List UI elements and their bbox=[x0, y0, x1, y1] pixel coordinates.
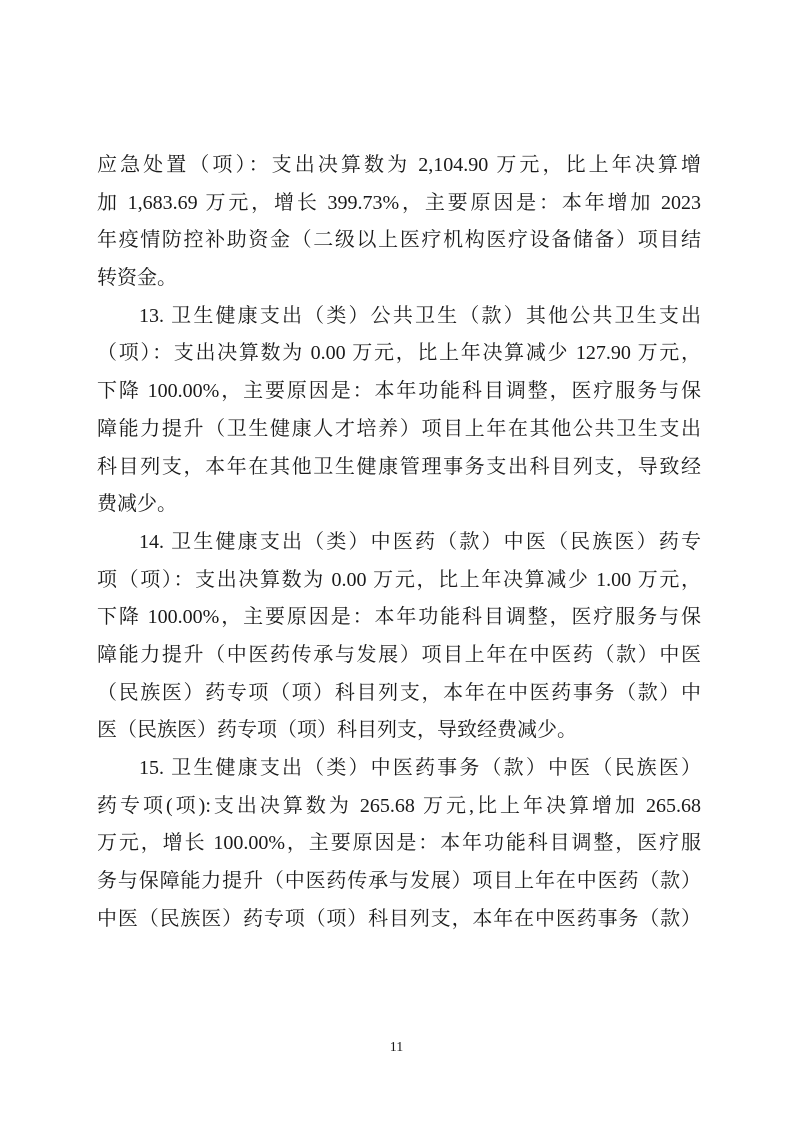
document-body-text: 应急处置（项）：支出决算数为 2,104.90 万元，比上年决算增 加 1,68… bbox=[97, 147, 701, 938]
text-line: 费减少。 bbox=[97, 486, 701, 524]
page-number: 11 bbox=[0, 1038, 793, 1058]
text-line: 14. 卫生健康支出（类）中医药（款）中医（民族医）药专 bbox=[97, 524, 701, 562]
text-line: 中医（民族医）药专项（项）科目列支，本年在中医药事务（款） bbox=[97, 901, 701, 939]
text-line: 加 1,683.69 万元，增长 399.73%，主要原因是：本年增加 2023 bbox=[97, 185, 701, 223]
text-line: 年疫情防控补助资金（二级以上医疗机构医疗设备储备）项目结 bbox=[97, 222, 701, 260]
text-line: 药专项(项):支出决算数为 265.68 万元,比上年决算增加 265.68 bbox=[97, 788, 701, 826]
text-line: 障能力提升（中医药传承与发展）项目上年在中医药（款）中医 bbox=[97, 637, 701, 675]
text-line: 务与保障能力提升（中医药传承与发展）项目上年在中医药（款） bbox=[97, 863, 701, 901]
text-line: 万元，增长 100.00%，主要原因是：本年功能科目调整，医疗服 bbox=[97, 825, 701, 863]
document-page: 应急处置（项）：支出决算数为 2,104.90 万元，比上年决算增 加 1,68… bbox=[0, 0, 793, 1122]
text-line: 下降 100.00%，主要原因是：本年功能科目调整，医疗服务与保 bbox=[97, 599, 701, 637]
text-line: 下降 100.00%，主要原因是：本年功能科目调整，医疗服务与保 bbox=[97, 373, 701, 411]
text-line: 项（项）：支出决算数为 0.00 万元，比上年决算减少 1.00 万元， bbox=[97, 562, 701, 600]
paragraph-item-15: 15. 卫生健康支出（类）中医药事务（款）中医（民族医） 药专项(项):支出决算… bbox=[97, 750, 701, 938]
text-line: 15. 卫生健康支出（类）中医药事务（款）中医（民族医） bbox=[97, 750, 701, 788]
text-line: 科目列支，本年在其他卫生健康管理事务支出科目列支，导致经 bbox=[97, 449, 701, 487]
text-line: 应急处置（项）：支出决算数为 2,104.90 万元，比上年决算增 bbox=[97, 147, 701, 185]
paragraph-item-13: 13. 卫生健康支出（类）公共卫生（款）其他公共卫生支出 （项）：支出决算数为 … bbox=[97, 298, 701, 524]
text-line: （项）：支出决算数为 0.00 万元，比上年决算减少 127.90 万元， bbox=[97, 335, 701, 373]
text-line: 13. 卫生健康支出（类）公共卫生（款）其他公共卫生支出 bbox=[97, 298, 701, 336]
paragraph-continuation: 应急处置（项）：支出决算数为 2,104.90 万元，比上年决算增 加 1,68… bbox=[97, 147, 701, 298]
paragraph-item-14: 14. 卫生健康支出（类）中医药（款）中医（民族医）药专 项（项）：支出决算数为… bbox=[97, 524, 701, 750]
text-line: 障能力提升（卫生健康人才培养）项目上年在其他公共卫生支出 bbox=[97, 411, 701, 449]
text-line: （民族医）药专项（项）科目列支，本年在中医药事务（款）中 bbox=[97, 675, 701, 713]
text-line: 转资金。 bbox=[97, 260, 701, 298]
text-line: 医（民族医）药专项（项）科目列支，导致经费减少。 bbox=[97, 712, 701, 750]
